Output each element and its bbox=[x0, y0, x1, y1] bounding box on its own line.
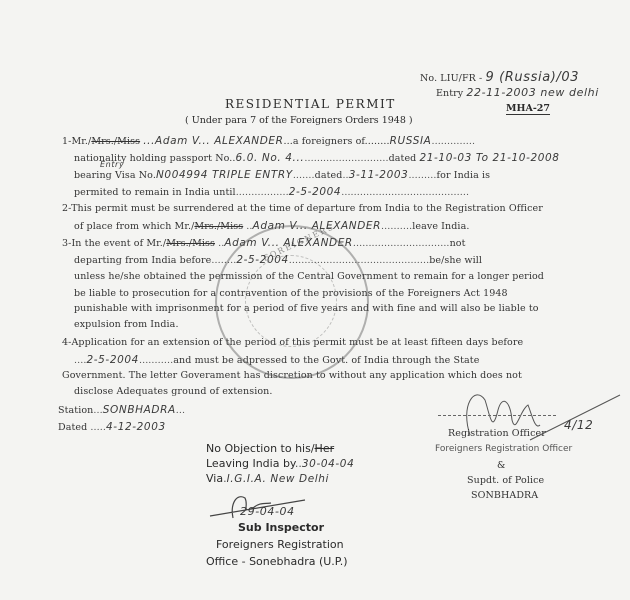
signature-line bbox=[438, 415, 556, 416]
page-title: RESIDENTIAL PERMIT bbox=[225, 97, 396, 111]
dated-value: 4-12-2003 bbox=[106, 421, 166, 433]
page-subtitle: ( Under para 7 of the Foreigners Orders … bbox=[185, 115, 413, 126]
clause1-line2: nationality holding passport No..6.0. No… bbox=[74, 152, 560, 164]
sub-inspector-office-1: Foreigners Registration bbox=[216, 538, 344, 551]
station-line: Station...SONBHADRA... bbox=[58, 404, 185, 416]
via-line: Via.I.G.I.A. New Delhi bbox=[206, 472, 329, 485]
entry-line: Entry 22-11-2003 new delhi bbox=[436, 86, 599, 99]
ref-label: No. LIU/FR - bbox=[420, 73, 482, 84]
clause1-line1: 1-Mr./Mrs./Miss ...Adam V... ALEXANDER..… bbox=[62, 135, 475, 147]
dated-line: Dated .....4-12-2003 bbox=[58, 421, 166, 433]
leaving-date: 30-04-04 bbox=[302, 458, 354, 470]
clause2-line1: 2-This permit must be surrendered at the… bbox=[62, 203, 543, 214]
holder-name: ...Adam V... ALEXANDER bbox=[143, 135, 283, 147]
sub-inspector-sign-date: 29-04-04 bbox=[240, 505, 295, 518]
registration-district: SONBHADRA bbox=[471, 490, 538, 501]
clause3-line6: expulsion from India. bbox=[74, 319, 179, 330]
seal-inner-ring bbox=[245, 255, 337, 347]
sub-inspector-office-2: Office - Sonebhadra (U.P.) bbox=[206, 555, 348, 568]
visa-dated: 3-11-2003 bbox=[349, 169, 409, 181]
ref-number: No. LIU/FR - 9 (Russia)/03 bbox=[420, 70, 579, 85]
registration-sign-date: 4/12 bbox=[564, 418, 593, 432]
entry-value: 22-11-2003 new delhi bbox=[466, 86, 599, 99]
via-value: I.G.I.A. New Delhi bbox=[227, 473, 329, 485]
registration-office: Foreigners Registration Officer bbox=[435, 444, 572, 454]
entry-label: Entry bbox=[436, 88, 463, 99]
registration-officer-title: Registration Officer bbox=[448, 428, 546, 439]
country-value: RUSSIA bbox=[390, 135, 432, 147]
form-code: MHA-27 bbox=[506, 103, 550, 115]
station-value: SONBHADRA bbox=[103, 404, 176, 416]
clause1-line4: permited to remain in India until.......… bbox=[74, 186, 469, 198]
registration-rank: Supdt. of Police bbox=[467, 475, 544, 486]
no-objection-line: No Objection to his/Her bbox=[206, 442, 334, 455]
clause4-line4: disclose Adequates ground of extension. bbox=[74, 386, 273, 397]
visa-note: Entry bbox=[100, 160, 124, 169]
visa-number: N004994 TRIPLE ENTRY bbox=[156, 169, 293, 181]
ampersand: & bbox=[497, 460, 506, 471]
clause1-line3: bearing Visa No.N004994 TRIPLE ENTRY....… bbox=[74, 169, 490, 181]
extension-date: 2-5-2004 bbox=[86, 354, 138, 366]
ref-value: 9 (Russia)/03 bbox=[485, 70, 579, 85]
passport-number: 6.0. No. 4... bbox=[236, 152, 305, 164]
remain-until: 2-5-2004 bbox=[289, 186, 341, 198]
sub-inspector-title: Sub Inspector bbox=[238, 521, 324, 534]
passport-dated: 21-10-03 To 21-10-2008 bbox=[419, 152, 559, 164]
leaving-line: Leaving India by..30-04-04 bbox=[206, 457, 354, 470]
